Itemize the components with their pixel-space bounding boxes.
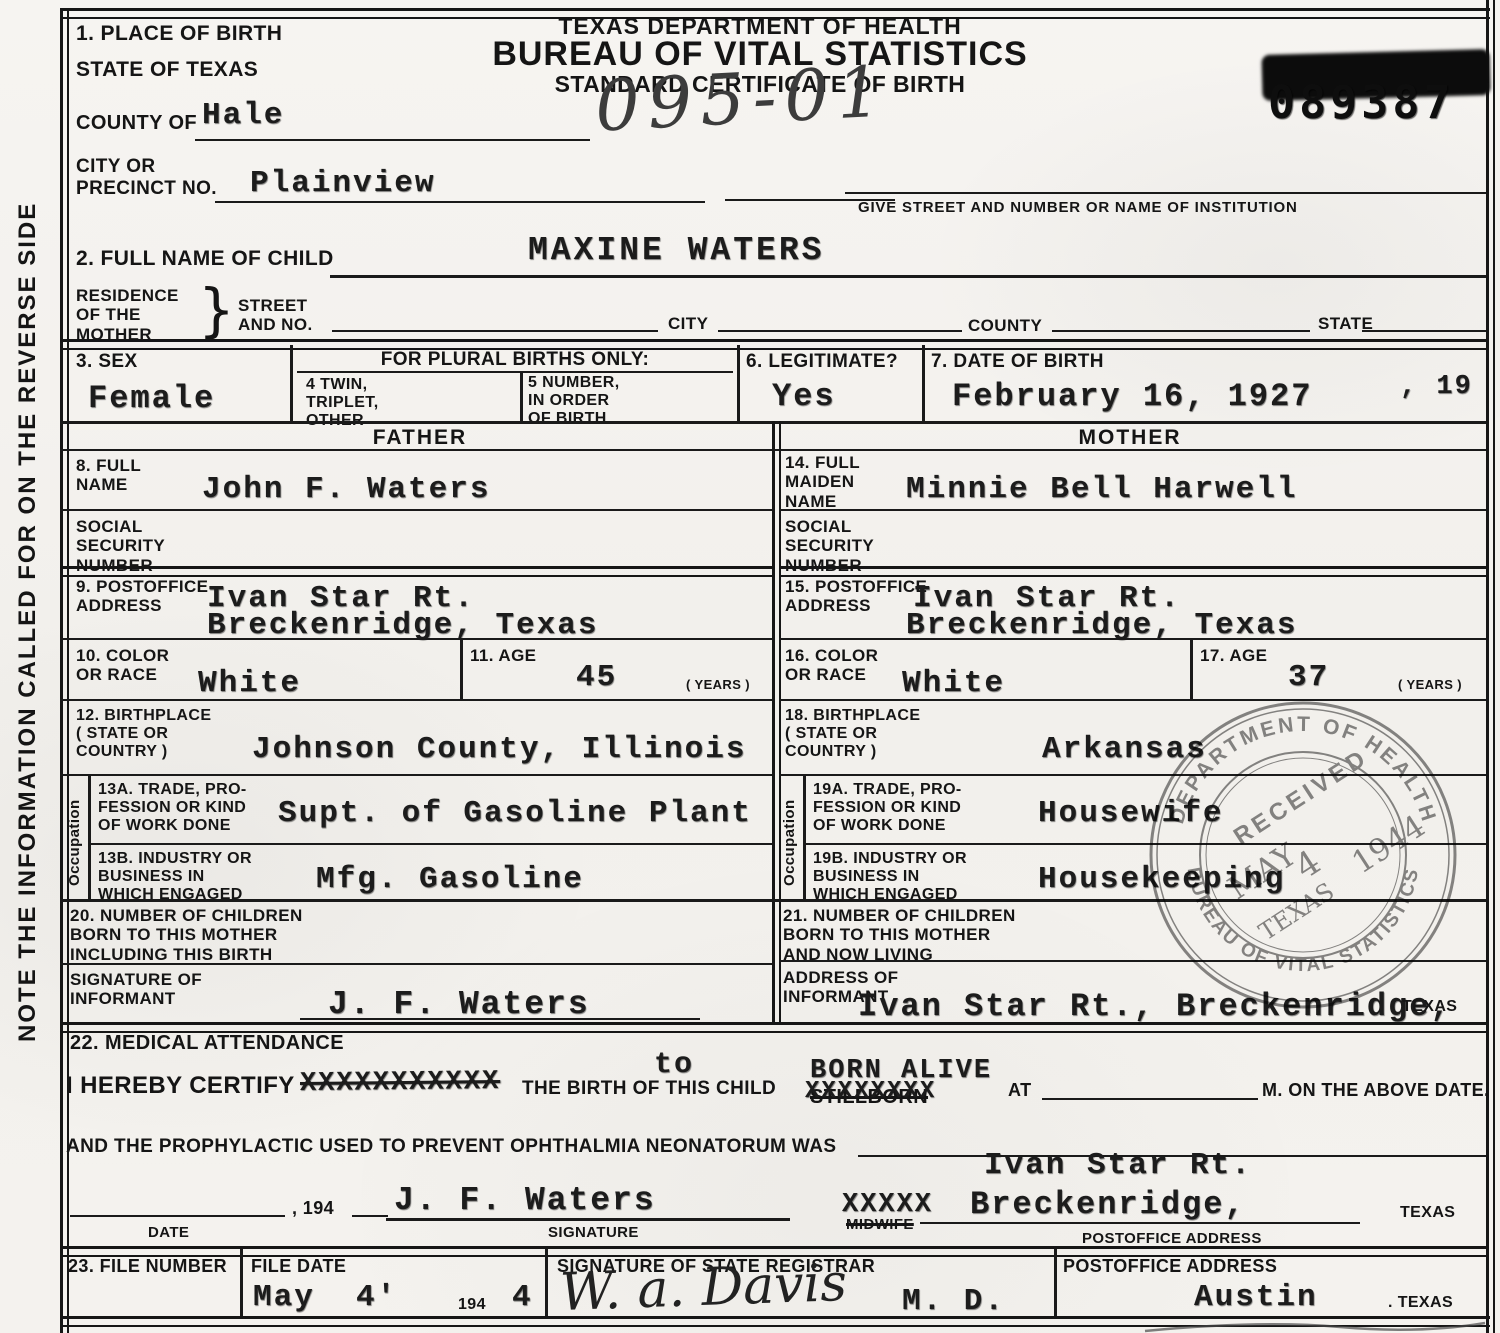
medical-address-state: TEXAS — [1400, 1204, 1455, 1222]
center-column-divider — [772, 421, 781, 1023]
father-trade-value: Supt. of Gasoline Plant — [278, 796, 752, 831]
father-age-value: 45 — [576, 660, 617, 695]
date-of-birth-value: February 16, 1927 — [952, 378, 1312, 415]
father-color-label: 10. COLOR OR RACE — [76, 646, 169, 685]
father-trade-rule — [88, 843, 772, 845]
prophylactic-label: AND THE PROPHYLACTIC USED TO PREVENT OPH… — [66, 1136, 836, 1158]
father-years-label: ( YEARS ) — [686, 678, 750, 693]
mother-ssn-rule — [779, 566, 1486, 577]
certify-mid-text: THE BIRTH OF THIS CHILD — [522, 1078, 776, 1100]
stillborn-x-overlay: XXXXXXXX — [805, 1078, 936, 1105]
divider-twin-order — [520, 371, 523, 421]
legitimate-value: Yes — [772, 378, 836, 415]
footer-year-printed: 194 — [458, 1296, 486, 1314]
certify-prefix: I HEREBY CERTIFY — [66, 1072, 295, 1099]
residence-county-label: COUNTY — [968, 316, 1042, 335]
footer-postoffice-label: POSTOFFICE ADDRESS — [1063, 1256, 1277, 1277]
father-industry-value: Mfg. Gasoline — [316, 862, 584, 897]
footer-divider-1 — [240, 1249, 243, 1318]
residence-state-line — [1362, 330, 1486, 332]
father-postoffice-label: 9. POSTOFFICE ADDRESS — [76, 577, 208, 616]
father-po-rule — [60, 638, 772, 640]
stamp-month: MAY — [1222, 837, 1304, 907]
state-of-texas-label: STATE OF TEXAS — [76, 58, 258, 82]
father-fullname-label: 8. FULL NAME — [76, 456, 141, 495]
file-date-label: FILE DATE — [251, 1256, 346, 1277]
place-of-birth-label: 1. PLACE OF BIRTH — [76, 22, 282, 46]
registrar-signature: W. a. Davis — [559, 1253, 848, 1323]
midwife-struck: MIDWIFE XXXXX — [842, 1190, 933, 1220]
mother-birthplace-label: 18. BIRTHPLACE ( STATE OR COUNTRY ) — [785, 707, 920, 762]
father-color-rule — [60, 699, 772, 701]
reverse-side-note: NOTE THE INFORMATION CALLED FOR ON THE R… — [14, 202, 41, 1042]
med-signature-value: J. F. Waters — [394, 1182, 656, 1219]
residence-brace: } — [198, 276, 235, 344]
med-year-line — [352, 1215, 388, 1217]
mother-industry-label: 19B. INDUSTRY OR BUSINESS IN WHICH ENGAG… — [813, 850, 967, 905]
legitimate-label: 6. LEGITIMATE? — [746, 351, 898, 373]
on-above-date-label: M. ON THE ABOVE DATE. — [1262, 1080, 1489, 1101]
mother-color-label: 16. COLOR OR RACE — [785, 646, 878, 685]
county-value: Hale — [202, 98, 284, 133]
father-birthplace-rule — [60, 774, 772, 776]
divider-sex-plural — [290, 345, 293, 421]
father-age-label: 11. AGE — [470, 646, 536, 665]
stamp-received: RECEIVED — [1229, 744, 1373, 851]
certificate-serial-number: 089387 — [1268, 76, 1455, 129]
mother-color-value: White — [902, 666, 1005, 701]
plural-births-header: FOR PLURAL BIRTHS ONLY: — [300, 349, 730, 371]
divider-legitimate-dob — [922, 345, 925, 421]
father-informant-line — [300, 1018, 700, 1020]
medical-address-line2: Breckenridge, — [970, 1186, 1246, 1223]
county-underline — [195, 139, 590, 141]
mother-po-rule — [779, 638, 1486, 640]
footer-postoffice-value: Austin — [1194, 1280, 1318, 1315]
date-caption: DATE — [148, 1224, 189, 1241]
received-stamp: DEPARTMENT OF HEALTH BUREAU OF VITAL STA… — [1138, 690, 1468, 1020]
father-occupation-side-label: Occupation — [66, 799, 83, 886]
mother-name-rule — [779, 509, 1486, 511]
right-border — [1486, 0, 1495, 1333]
residence-city-label: CITY — [668, 314, 708, 333]
footer-year-typed: 4 — [512, 1280, 533, 1315]
certify-struck-text: XXXXXXXXXXX — [300, 1067, 501, 1099]
pen-flourish — [1140, 1320, 1490, 1333]
footer-divider-2 — [545, 1249, 548, 1318]
med-date-line — [70, 1215, 285, 1217]
fullname-child-value: MAXINE WATERS — [528, 232, 824, 269]
mother-fullname-label: 14. FULL MAIDEN NAME — [785, 453, 860, 511]
mother-fullname-value: Minnie Bell Harwell — [906, 472, 1297, 507]
institution-note: GIVE STREET AND NUMBER OR NAME OF INSTIT… — [858, 199, 1298, 216]
residence-city-line — [718, 330, 962, 332]
father-color-value: White — [198, 666, 301, 701]
left-border — [60, 8, 69, 1333]
city-underline — [215, 201, 705, 203]
father-industry-label: 13B. INDUSTRY OR BUSINESS IN WHICH ENGAG… — [98, 850, 252, 905]
med-postoffice-caption: POSTOFFICE ADDRESS — [1082, 1230, 1262, 1247]
mother-occupation-divider — [803, 774, 806, 900]
father-birthplace-value: Johnson County, Illinois — [252, 732, 746, 767]
mother-age-label: 17. AGE — [1200, 646, 1267, 665]
file-date-value: May 4' — [253, 1280, 397, 1315]
med-year-printed: , 194 — [292, 1198, 334, 1219]
county-of-label: COUNTY OF — [76, 112, 197, 135]
city-value: Plainview — [250, 166, 435, 201]
file-number-label: 23. FILE NUMBER — [68, 1256, 227, 1277]
at-line — [1042, 1098, 1258, 1100]
dob-year-prefix: , 19 — [1400, 372, 1473, 402]
med-signature-line — [386, 1218, 790, 1221]
birth-certificate-scan: NOTE THE INFORMATION CALLED FOR ON THE R… — [0, 0, 1500, 1333]
fullname-child-label: 2. FULL NAME OF CHILD — [76, 247, 334, 271]
father-children-label: 20. NUMBER OF CHILDREN BORN TO THIS MOTH… — [70, 906, 303, 964]
father-age-divider — [460, 638, 463, 699]
father-children-rule — [60, 963, 772, 965]
at-label: AT — [1008, 1080, 1031, 1101]
mother-children-label: 21. NUMBER OF CHILDREN BORN TO THIS MOTH… — [783, 906, 1016, 964]
medical-attendance-label: 22. MEDICAL ATTENDANCE — [70, 1032, 344, 1055]
city-precinct-label: CITY OR PRECINCT NO. — [76, 156, 217, 199]
signature-caption: SIGNATURE — [548, 1224, 639, 1241]
mother-occupation-side-label: Occupation — [781, 799, 798, 886]
residence-county-line — [1052, 330, 1310, 332]
institution-line — [845, 192, 1486, 194]
midwife-text: MIDWIFE — [846, 1216, 914, 1233]
typed-correction-to: to — [654, 1048, 694, 1082]
street-label: STREET AND NO. — [238, 296, 313, 335]
handwritten-code: 095-01 — [593, 50, 891, 147]
sex-value: Female — [88, 380, 215, 417]
father-section-title: FATHER — [200, 426, 640, 450]
father-name-rule — [60, 509, 772, 511]
medical-address-line1: Ivan Star Rt. — [984, 1148, 1252, 1183]
father-trade-label: 13A. TRADE, PRO- FESSION OR KIND OF WORK… — [98, 781, 247, 836]
stillborn-struck: STILLBORN XXXXXXXX — [810, 1086, 928, 1109]
mother-trade-label: 19A. TRADE, PRO- FESSION OR KIND OF WORK… — [813, 781, 962, 836]
father-birthplace-label: 12. BIRTHPLACE ( STATE OR COUNTRY ) — [76, 707, 211, 762]
father-ssn-rule — [60, 566, 772, 577]
plural-header-underline — [297, 371, 733, 373]
father-occupation-divider — [88, 774, 91, 900]
med-address-line — [920, 1222, 1360, 1224]
street-line — [332, 330, 658, 332]
father-informant-label: SIGNATURE OF INFORMANT — [70, 970, 202, 1009]
sex-label: 3. SEX — [76, 351, 138, 373]
residence-bottom-rule — [60, 339, 1486, 350]
divider-plural-legitimate — [737, 345, 740, 421]
footer-divider-3 — [1054, 1249, 1057, 1318]
mother-section-title: MOTHER — [900, 426, 1360, 450]
fullname-underline — [330, 275, 1486, 278]
registrar-md: M. D. — [902, 1284, 1005, 1319]
father-fullname-value: John F. Waters — [202, 472, 490, 507]
residence-label: RESIDENCE OF THE MOTHER — [76, 286, 179, 344]
footer-postoffice-state: . TEXAS — [1388, 1294, 1453, 1312]
date-of-birth-label: 7. DATE OF BIRTH — [931, 351, 1104, 373]
